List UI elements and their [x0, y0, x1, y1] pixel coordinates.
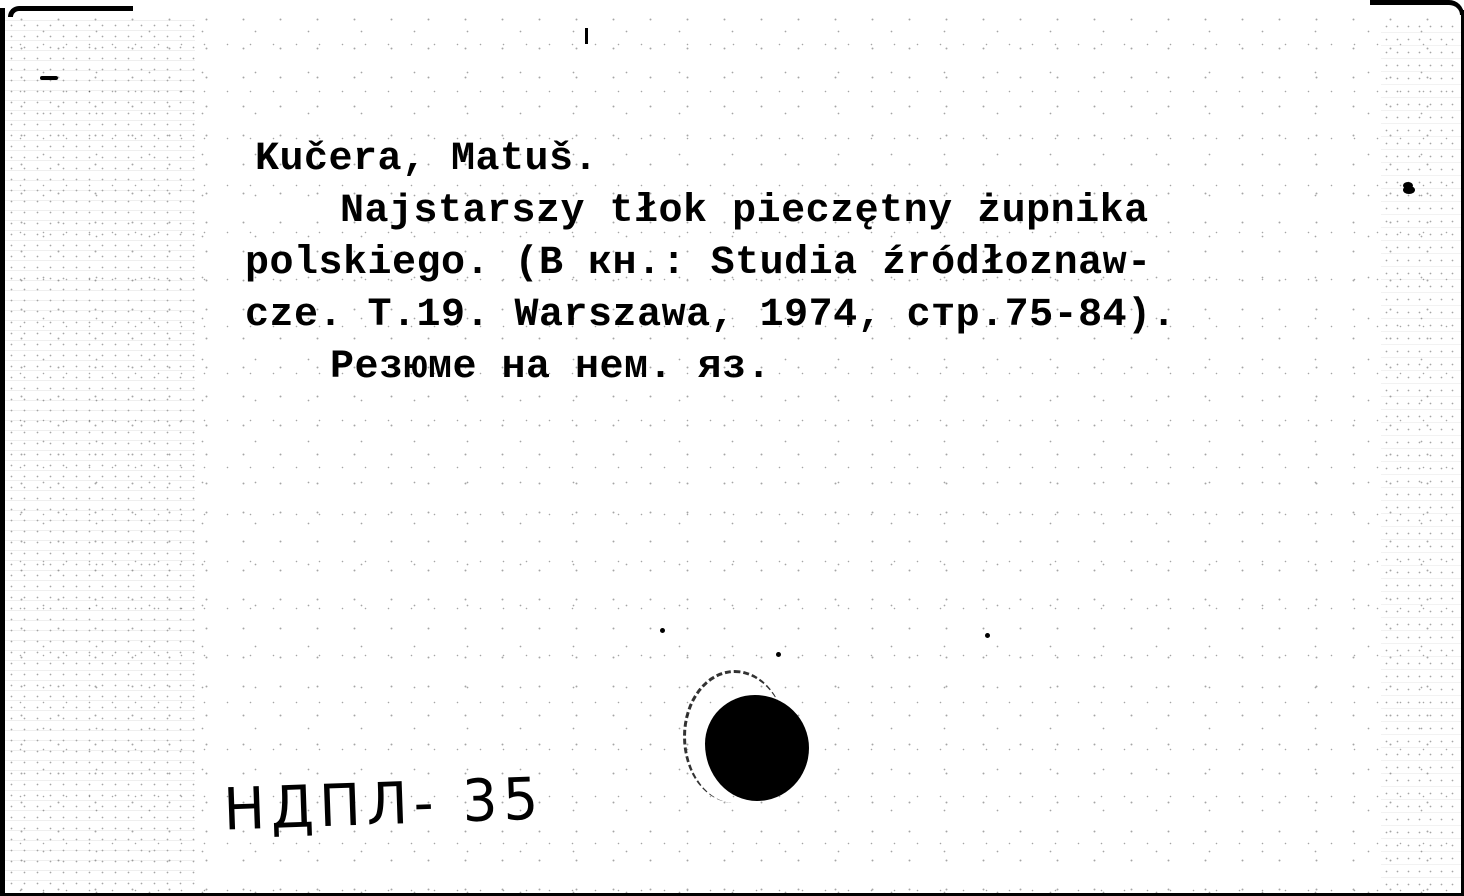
author-heading: Kučera, Matuš. — [255, 136, 598, 184]
speck — [985, 633, 990, 638]
card-edge-left — [0, 8, 5, 896]
scan-noise-right — [1381, 20, 1461, 890]
summary-note: Резюме на нем. яз. — [330, 344, 771, 392]
title-line-2: polskiego. (В кн.: Studia źródłoznaw- — [245, 240, 1152, 288]
speck — [660, 628, 665, 633]
card-edge-top-left — [8, 6, 133, 17]
top-tick-mark — [585, 28, 588, 44]
margin-mark — [40, 76, 58, 80]
scan-noise-left — [5, 20, 195, 890]
speck — [776, 652, 781, 657]
catalog-card: Kučera, Matuš. Najstarszy tłok pieczętny… — [0, 0, 1464, 896]
title-line-1: Najstarszy tłok pieczętny żupnika — [340, 188, 1149, 236]
punch-hole-icon — [705, 695, 809, 801]
speck — [1403, 186, 1415, 194]
card-edge-top-right — [1370, 0, 1464, 15]
handwritten-call-number: НДПЛ- 35 — [222, 764, 545, 843]
title-line-3: cze. T.19. Warszawa, 1974, стр.75-84). — [245, 292, 1176, 340]
